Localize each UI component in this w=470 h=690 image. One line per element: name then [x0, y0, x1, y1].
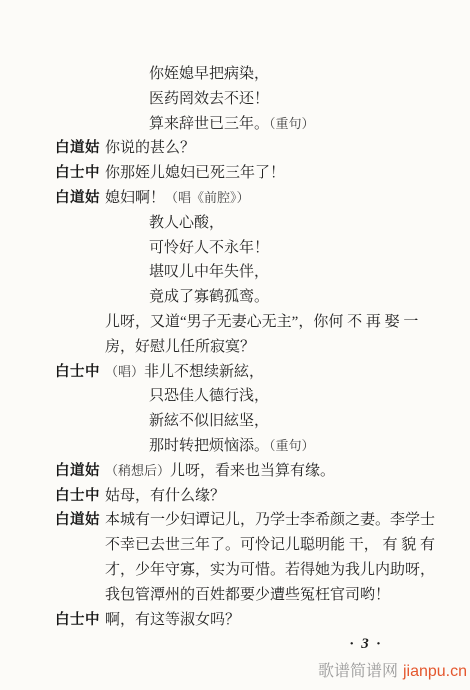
speaker-name: [55, 87, 105, 112]
speech-line: 不幸已去世三年了。可怜记儿聪明能 干， 有 貌 有: [0, 533, 470, 558]
line-text: （唱）非儿不想续新絃，: [105, 360, 442, 385]
speaker-name: [55, 310, 105, 335]
line-text: 媳妇啊！（唱《前腔》）: [105, 186, 442, 211]
line-text: 才，少年守寡，实为可惜。若得她为我儿内助呀，: [105, 558, 442, 583]
line-text: 不幸已去世三年了。可怜记儿聪明能 干， 有 貌 有: [105, 533, 442, 558]
line-main-text: 不幸已去世三年了。可怜记儿聪明能 干， 有 貌 有: [105, 537, 435, 553]
line-main-text: 非儿不想续新絃，: [144, 364, 264, 380]
speaker-name: [55, 335, 105, 360]
verse-line: 医药罔效去不还！: [0, 87, 470, 112]
line-main-text: 医药罔效去不还！: [149, 91, 269, 107]
line-text: 算来辞世已三年。（重句）: [105, 112, 442, 137]
speaker-name: 白道姑: [55, 186, 105, 211]
line-text: 你那姪儿媳妇已死三年了！: [105, 161, 442, 186]
speaker-name: [55, 558, 105, 583]
line-main-text: 你说的甚么？: [105, 140, 195, 156]
line-main-text: 那时转把烦恼添。: [149, 438, 269, 454]
watermark-site-name: 歌谱简谱网: [318, 663, 398, 680]
line-text: 本城有一少妇谭记儿，乃学士李希颜之妻。李学士: [105, 508, 442, 533]
stage-direction: （稍想后）: [105, 463, 170, 478]
page-number: · 3 ·: [350, 636, 383, 653]
speech-line: 我包管潭州的百姓都要少遭些冤枉官司哟！: [0, 583, 470, 608]
verse-line: 新絃不似旧絃坚，: [0, 409, 470, 434]
watermark: 歌谱简谱网jianpu.cn: [318, 658, 467, 681]
line-text: 你说的甚么？: [105, 136, 442, 161]
dialogue-line: 白道姑你说的甚么？: [0, 136, 470, 161]
speech-line: 房，好慰儿任所寂寞？: [0, 335, 470, 360]
line-text: 教人心酸，: [105, 211, 442, 236]
dialogue-line: 白道姑媳妇啊！（唱《前腔》）: [0, 186, 470, 211]
speaker-name: 白士中: [55, 608, 105, 633]
watermark-url: jianpu.cn: [403, 663, 467, 680]
line-text: 房，好慰儿任所寂寞？: [105, 335, 442, 360]
speaker-name: [55, 112, 105, 137]
line-main-text: 堪叹儿中年失伴，: [149, 264, 269, 280]
stage-direction: （唱《前腔》）: [165, 190, 250, 205]
line-main-text: 媳妇啊！: [105, 190, 165, 206]
line-main-text: 你姪媳早把病染，: [149, 66, 269, 82]
dialogue-line: 白士中（唱）非儿不想续新絃，: [0, 360, 470, 385]
line-main-text: 房，好慰儿任所寂寞？: [105, 339, 255, 355]
verse-line: 那时转把烦恼添。（重句）: [0, 434, 470, 459]
speaker-name: [55, 211, 105, 236]
dialogue-line: 白道姑（稍想后）儿呀，看来也当算有缘。: [0, 459, 470, 484]
stage-direction: （重句）: [269, 438, 315, 453]
line-text: 竟成了寡鹤孤鸾。: [105, 285, 442, 310]
line-text: 那时转把烦恼添。（重句）: [105, 434, 442, 459]
line-text: 堪叹儿中年失伴，: [105, 260, 442, 285]
line-main-text: 可怜好人不永年！: [149, 240, 269, 256]
verse-line: 堪叹儿中年失伴，: [0, 260, 470, 285]
line-text: （稍想后）儿呀，看来也当算有缘。: [105, 459, 442, 484]
line-main-text: 我包管潭州的百姓都要少遭些冤枉官司哟！: [105, 587, 390, 603]
speaker-name: 白道姑: [55, 136, 105, 161]
dialogue-line: 白士中你那姪儿媳妇已死三年了！: [0, 161, 470, 186]
line-main-text: 儿呀，看来也当算有缘。: [170, 463, 335, 479]
speech-line: 儿呀，又道“男子无妻心无主”，你何 不 再 娶 一: [0, 310, 470, 335]
speaker-name: [55, 285, 105, 310]
line-main-text: 才，少年守寡，实为可惜。若得她为我儿内助呀，: [105, 562, 435, 578]
speaker-name: 白道姑: [55, 459, 105, 484]
line-main-text: 儿呀，又道“男子无妻心无主”，你何 不 再 娶 一: [105, 314, 418, 330]
line-main-text: 竟成了寡鹤孤鸾。: [149, 289, 269, 305]
line-main-text: 你那姪儿媳妇已死三年了！: [105, 165, 285, 181]
line-text: 你姪媳早把病染，: [105, 62, 442, 87]
line-text: 姑母，有什么缘？: [105, 484, 442, 509]
speaker-name: [55, 434, 105, 459]
speech-line: 才，少年守寡，实为可惜。若得她为我儿内助呀，: [0, 558, 470, 583]
verse-line: 只恐佳人德行浅，: [0, 384, 470, 409]
verse-line: 可怜好人不永年！: [0, 236, 470, 261]
line-text: 新絃不似旧絃坚，: [105, 409, 442, 434]
speaker-name: [55, 260, 105, 285]
line-text: 只恐佳人德行浅，: [105, 384, 442, 409]
line-text: 我包管潭州的百姓都要少遭些冤枉官司哟！: [105, 583, 442, 608]
script-content: 你姪媳早把病染， 医药罔效去不还！ 算来辞世已三年。（重句） 白道姑你说的甚么？…: [0, 62, 470, 632]
stage-direction: （唱）: [105, 364, 144, 379]
dialogue-line: 白士中姑母，有什么缘？: [0, 484, 470, 509]
speaker-name: [55, 533, 105, 558]
speaker-name: [55, 409, 105, 434]
line-main-text: 新絃不似旧絃坚，: [149, 413, 269, 429]
dialogue-line: 白士中啊，有这等淑女吗？: [0, 608, 470, 633]
line-main-text: 教人心酸，: [149, 215, 224, 231]
speaker-name: 白士中: [55, 360, 105, 385]
verse-line: 算来辞世已三年。（重句）: [0, 112, 470, 137]
line-text: 儿呀，又道“男子无妻心无主”，你何 不 再 娶 一: [105, 310, 442, 335]
verse-line: 竟成了寡鹤孤鸾。: [0, 285, 470, 310]
speaker-name: [55, 384, 105, 409]
speaker-name: [55, 583, 105, 608]
speaker-name: 白士中: [55, 484, 105, 509]
document-page: 你姪媳早把病染， 医药罔效去不还！ 算来辞世已三年。（重句） 白道姑你说的甚么？…: [0, 0, 470, 690]
line-text: 啊，有这等淑女吗？: [105, 608, 442, 633]
line-main-text: 本城有一少妇谭记儿，乃学士李希颜之妻。李学士: [105, 512, 435, 528]
line-main-text: 啊，有这等淑女吗？: [105, 612, 240, 628]
speaker-name: [55, 62, 105, 87]
verse-line: 你姪媳早把病染，: [0, 62, 470, 87]
speaker-name: 白士中: [55, 161, 105, 186]
line-main-text: 只恐佳人德行浅，: [149, 388, 269, 404]
line-text: 医药罔效去不还！: [105, 87, 442, 112]
verse-line: 教人心酸，: [0, 211, 470, 236]
speaker-name: [55, 236, 105, 261]
dialogue-line: 白道姑本城有一少妇谭记儿，乃学士李希颜之妻。李学士: [0, 508, 470, 533]
line-main-text: 算来辞世已三年。: [149, 116, 269, 132]
stage-direction: （重句）: [269, 116, 315, 131]
line-main-text: 姑母，有什么缘？: [105, 488, 225, 504]
line-text: 可怜好人不永年！: [105, 236, 442, 261]
speaker-name: 白道姑: [55, 508, 105, 533]
